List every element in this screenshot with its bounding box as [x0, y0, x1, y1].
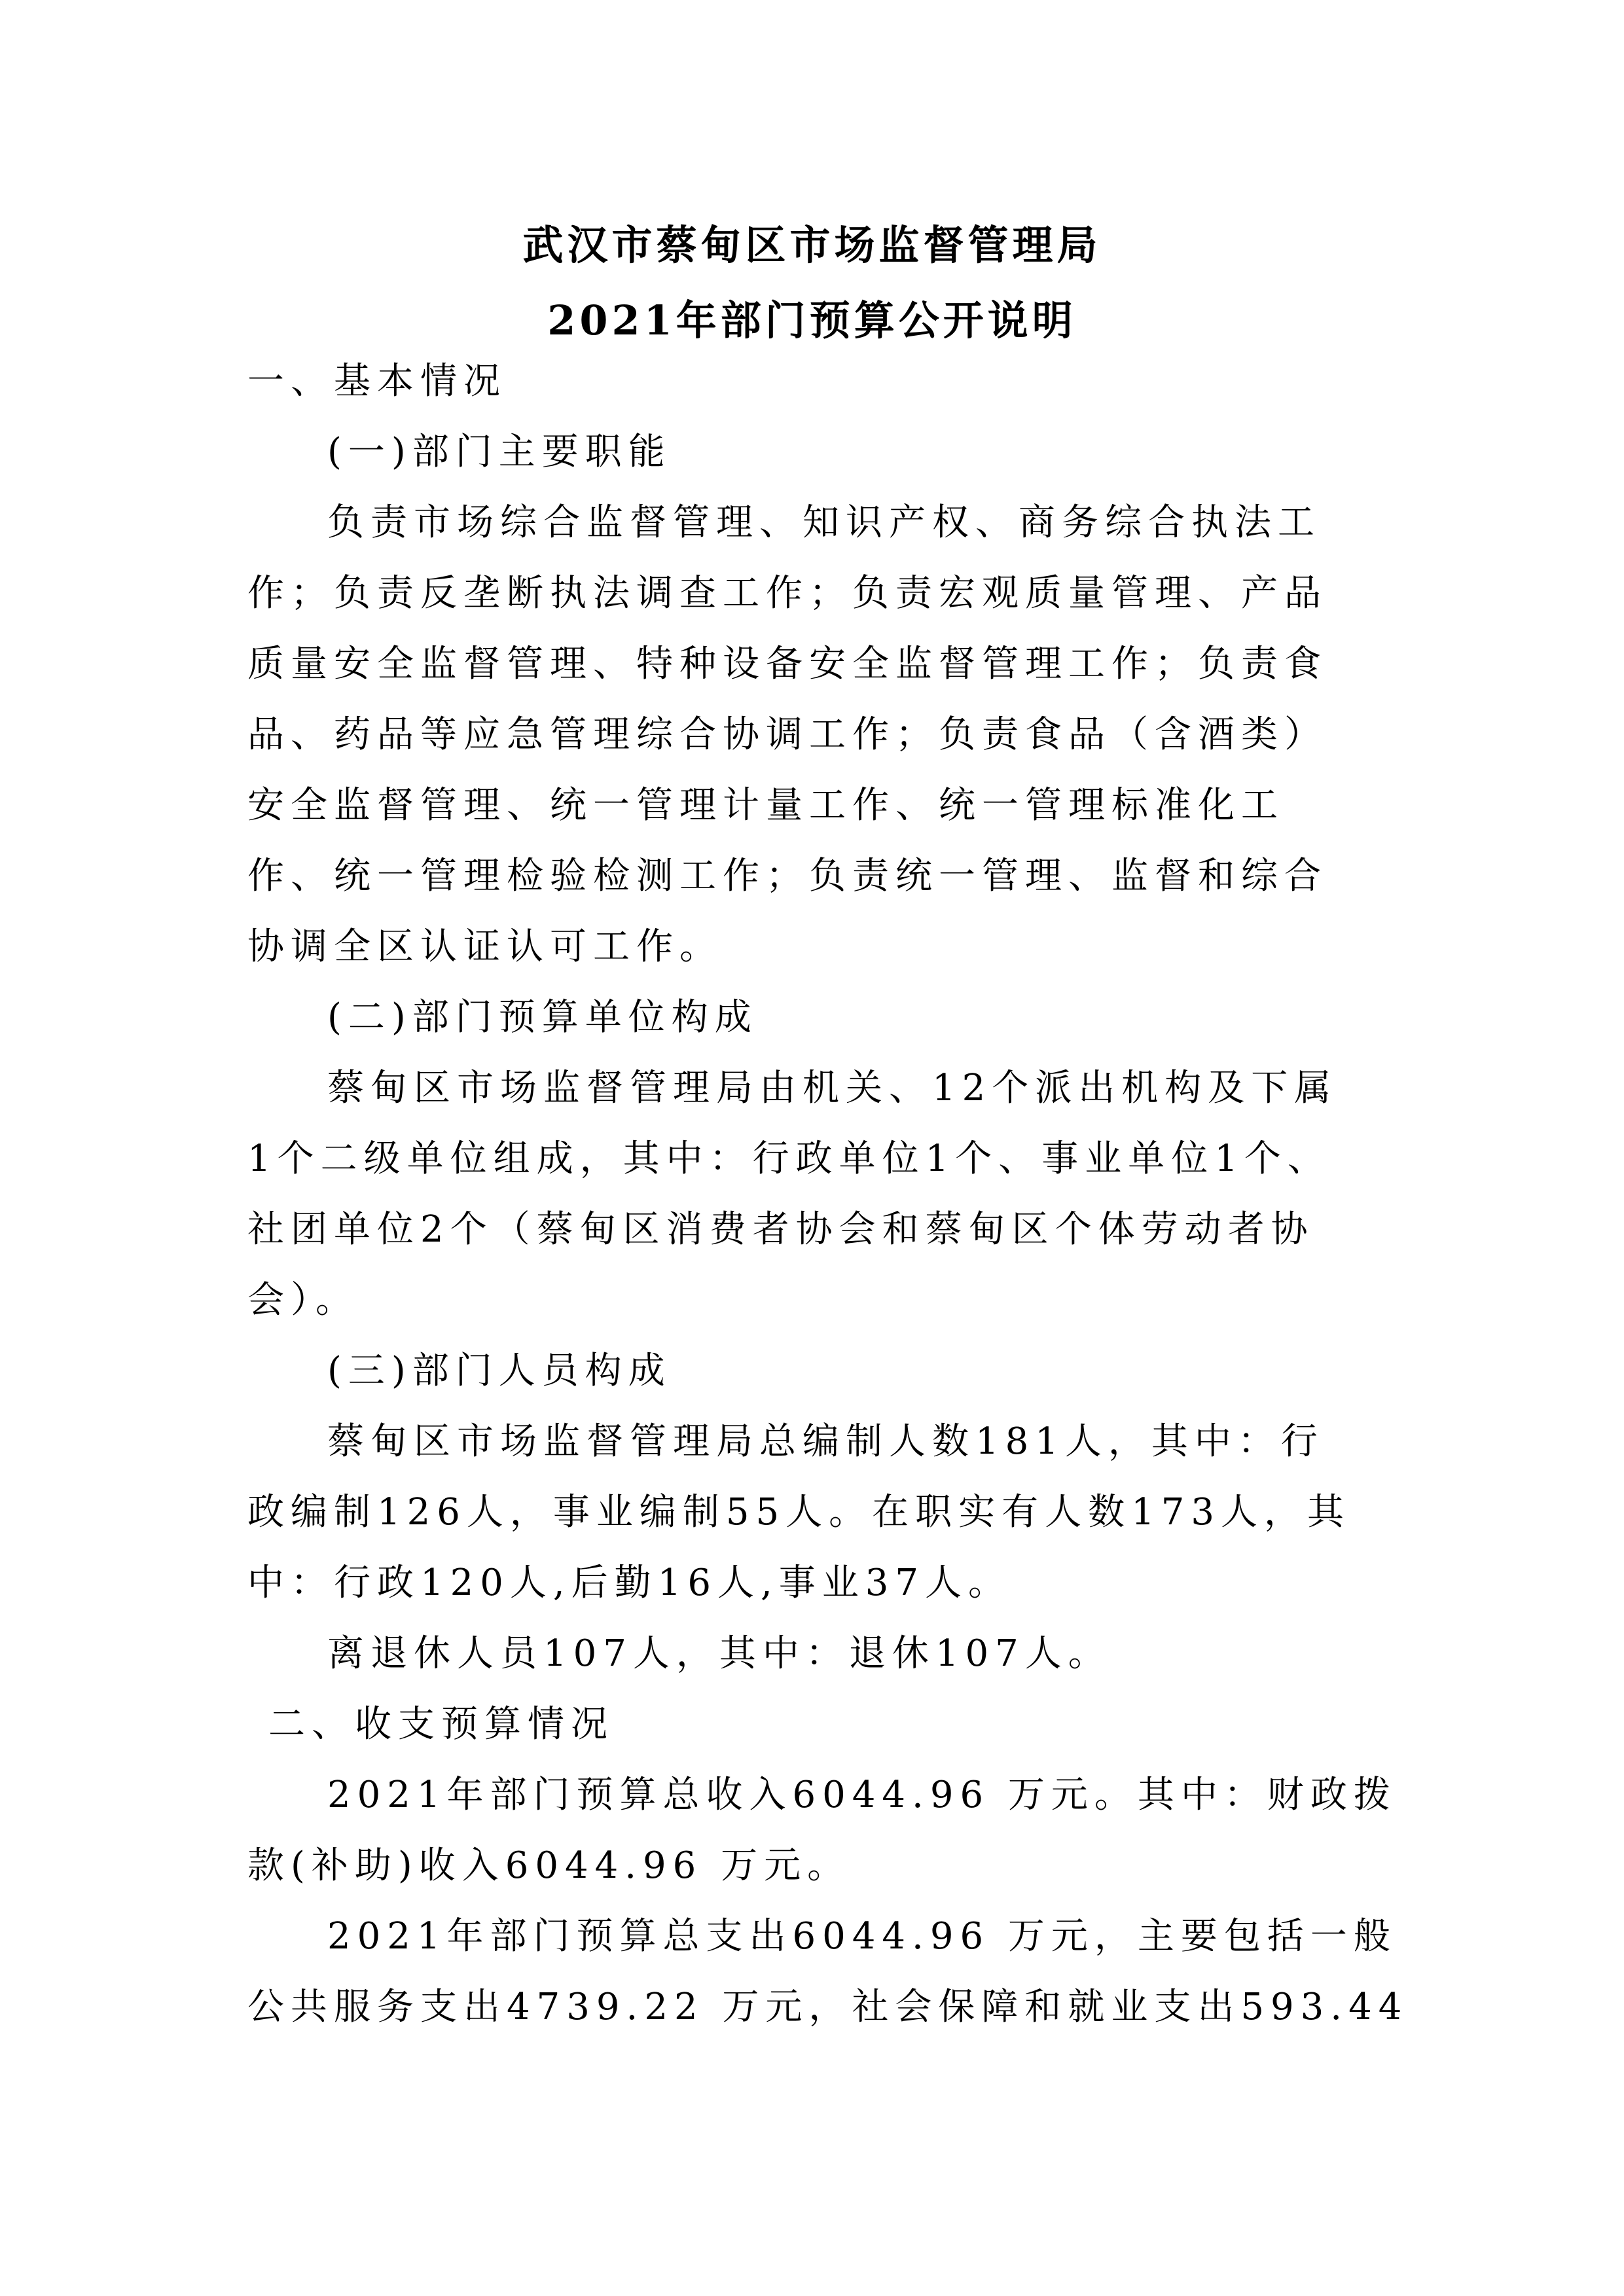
- paragraph-line: 质量安全监督管理、特种设备安全监督管理工作；负责食: [247, 646, 1327, 683]
- paragraph-line: 负责市场综合监督管理、知识产权、商务综合执法工: [327, 505, 1321, 541]
- paragraph-line: 政编制126人，事业编制55人。在职实有人数173人，其: [247, 1494, 1350, 1531]
- paragraph-line: 2021年部门预算总支出6044.96 万元，主要包括一般: [327, 1918, 1397, 1955]
- paragraph-line: 会）。: [247, 1282, 359, 1319]
- document-page: 武汉市蔡甸区市场监督管理局 2021年部门预算公开说明 一、基本情况 (一)部门…: [0, 0, 1624, 2296]
- paragraph-line-retired: 离退休人员107人，其中：退休107人。: [327, 1636, 1111, 1672]
- document-title: 武汉市蔡甸区市场监督管理局: [0, 213, 1624, 271]
- paragraph-line: 作；负责反垄断执法调查工作；负责宏观质量管理、产品: [247, 575, 1327, 612]
- paragraph-line: 安全监督管理、统一管理计量工作、统一管理标准化工: [247, 787, 1284, 824]
- paragraph-line: 品、药品等应急管理综合协调工作；负责食品（含酒类）: [247, 717, 1327, 753]
- section-heading-budget: 二、收支预算情况: [268, 1706, 614, 1743]
- subsection-heading-budget-units: (二)部门预算单位构成: [327, 999, 758, 1036]
- paragraph-line: 作、统一管理检验检测工作；负责统一管理、监督和综合: [247, 858, 1327, 895]
- paragraph-line: 蔡甸区市场监督管理局总编制人数181人，其中：行: [327, 1424, 1324, 1460]
- paragraph-line: 社团单位2个（蔡甸区消费者协会和蔡甸区个体劳动者协: [247, 1211, 1314, 1248]
- subsection-heading-main-functions: (一)部门主要职能: [327, 434, 672, 471]
- paragraph-line: 蔡甸区市场监督管理局由机关、12个派出机构及下属: [327, 1070, 1337, 1107]
- paragraph-line: 中：行政120人,后勤16人,事业37人。: [247, 1565, 1011, 1602]
- paragraph-line: 2021年部门预算总收入6044.96 万元。其中：财政拨: [327, 1777, 1397, 1814]
- paragraph-line: 1个二级单位组成，其中：行政单位1个、事业单位1个、: [247, 1141, 1331, 1177]
- paragraph-line: 协调全区认证认可工作。: [247, 929, 723, 965]
- subsection-heading-staffing: (三)部门人员构成: [327, 1353, 672, 1390]
- section-heading-basic-info: 一、基本情况: [247, 363, 507, 400]
- paragraph-line: 公共服务支出4739.22 万元，社会保障和就业支出593.44: [247, 1989, 1408, 2026]
- document-subtitle: 2021年部门预算公开说明: [0, 288, 1624, 346]
- paragraph-line: 款(补助)收入6044.96 万元。: [247, 1848, 850, 1884]
